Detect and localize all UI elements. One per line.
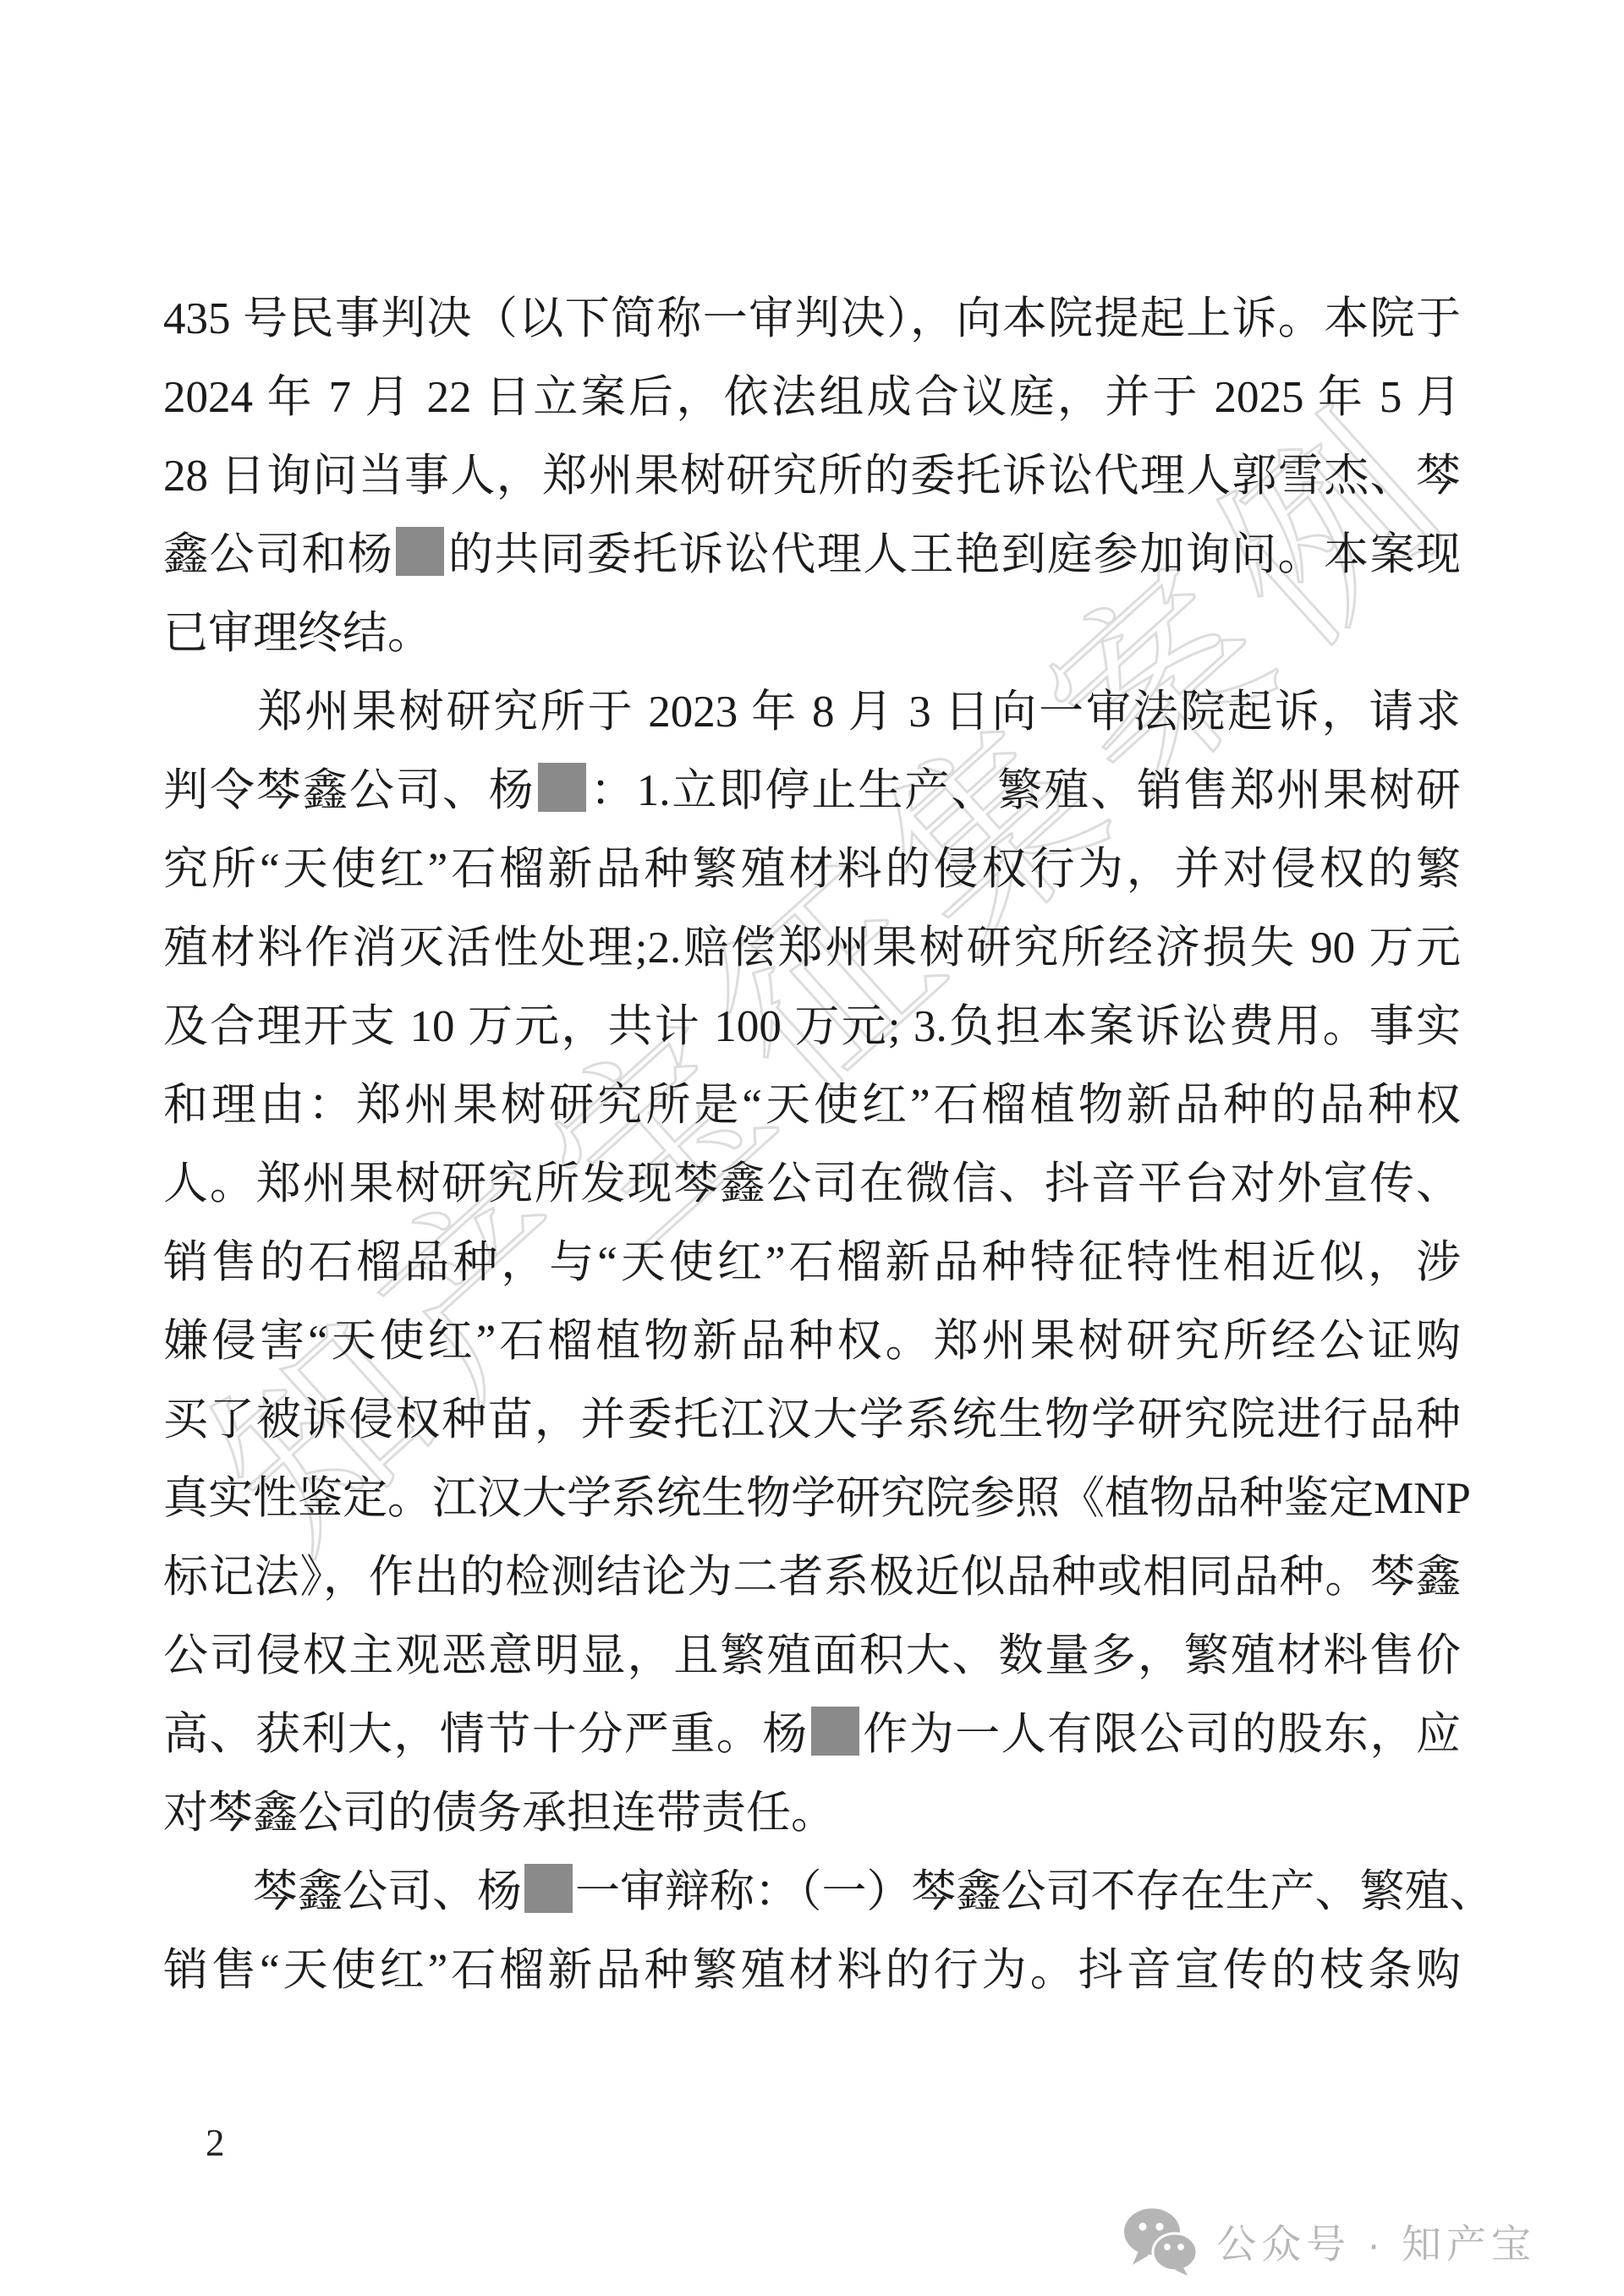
text-line: 高、获利大，情节十分严重。杨作为一人有限公司的股东，应 (163, 1696, 1461, 1774)
page-number: 2 (206, 2121, 225, 2165)
text-line: 已审理终结。 (163, 595, 1461, 673)
text-line: 究所“天使红”石榴新品种繁殖材料的侵权行为，并对侵权的繁 (163, 830, 1461, 909)
document-body: 435 号民事判决（以下简称一审判决），向本院提起上诉。本院于2024 年 7 … (163, 280, 1461, 2010)
text-line: 435 号民事判决（以下简称一审判决），向本院提起上诉。本院于 (163, 280, 1461, 359)
text-line: 买了被诉侵权种苗，并委托江汉大学系统生物学研究院进行品种 (163, 1381, 1461, 1460)
footer: 公众号 · 知产宝 (1122, 2206, 1536, 2277)
text-line: 对棽鑫公司的债务承担连带责任。 (163, 1774, 1461, 1853)
text-line: 郑州果树研究所于 2023 年 8 月 3 日向一审法院起诉，请求 (163, 673, 1461, 752)
text-line: 嫌侵害“天使红”石榴植物新品种权。郑州果树研究所经公证购 (163, 1302, 1461, 1381)
redaction-box (396, 527, 444, 576)
text-line: 公司侵权主观恶意明显，且繁殖面积大、数量多，繁殖材料售价 (163, 1617, 1461, 1696)
redaction-box (538, 763, 586, 812)
text-line: 销售的石榴品种，与“天使红”石榴新品种特征特性相近似，涉 (163, 1224, 1461, 1302)
text-line: 真实性鉴定。江汉大学系统生物学研究院参照《植物品种鉴定MNP (163, 1460, 1461, 1538)
wechat-icon (1122, 2206, 1199, 2276)
text-line: 人。郑州果树研究所发现棽鑫公司在微信、抖音平台对外宣传、 (163, 1145, 1461, 1224)
text-line: 判令棽鑫公司、杨：1.立即停止生产、繁殖、销售郑州果树研 (163, 752, 1461, 830)
text-line: 28 日询问当事人，郑州果树研究所的委托诉讼代理人郭雪杰、棽 (163, 437, 1461, 516)
text-line: 销售“天使红”石榴新品种繁殖材料的行为。抖音宣传的枝条购 (163, 1932, 1461, 2010)
text-line: 棽鑫公司、杨一审辩称：（一）棽鑫公司不存在生产、繁殖、 (163, 1853, 1461, 1932)
text-line: 标记法》，作出的检测结论为二者系极近似品种或相同品种。棽鑫 (163, 1538, 1461, 1617)
text-line: 及合理开支 10 万元，共计 100 万元; 3.负担本案诉讼费用。事实 (163, 988, 1461, 1066)
text-line: 和理由：郑州果树研究所是“天使红”石榴植物新品种的品种权 (163, 1066, 1461, 1145)
redaction-box (811, 1707, 859, 1756)
text-line: 鑫公司和杨的共同委托诉讼代理人王艳到庭参加询问。本案现 (163, 516, 1461, 595)
text-line: 2024 年 7 月 22 日立案后，依法组成合议庭，并于 2025 年 5 月 (163, 359, 1461, 437)
text-line: 殖材料作消灭活性处理;2.赔偿郑州果树研究所经济损失 90 万元 (163, 909, 1461, 988)
redaction-box (524, 1864, 573, 1913)
footer-label: 公众号 · 知产宝 (1216, 2213, 1536, 2270)
